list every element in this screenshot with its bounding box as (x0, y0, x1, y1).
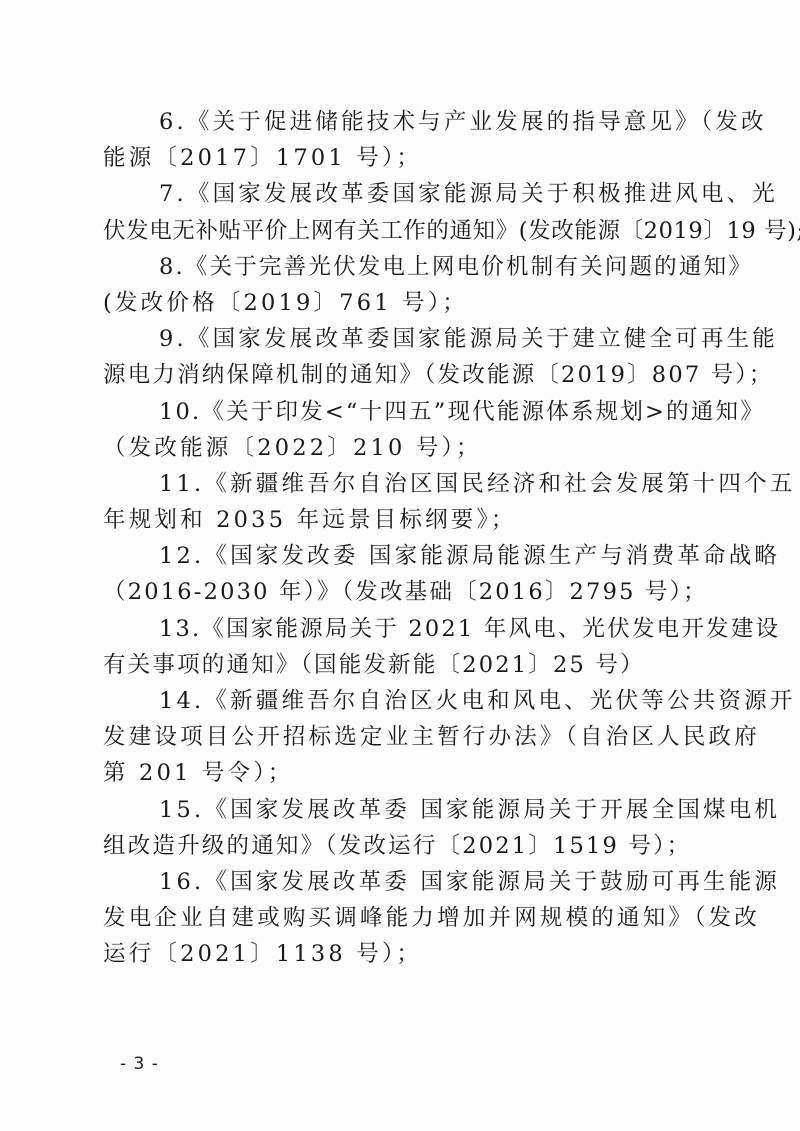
list-item-line: 6.《关于促进储能技术与产业发展的指导意见》（发改 (103, 104, 683, 140)
list-item-line: 14.《新疆维吾尔自治区火电和风电、光伏等公共资源开 (103, 683, 683, 719)
list-item-line: 7.《国家发展改革委国家能源局关于积极推进风电、光 (103, 176, 683, 212)
list-item-16: 16.《国家发展改革委 国家能源局关于鼓励可再生能源 发电企业自建或购买调峰能力… (103, 864, 683, 973)
page-number: - 3 - (120, 1054, 159, 1074)
list-item-9: 9.《国家发展改革委国家能源局关于建立健全可再生能 源电力消纳保障机制的通知》（… (103, 321, 683, 393)
list-item-line: 10.《关于印发<“十四五”现代能源体系规划>的通知》 (103, 394, 683, 430)
list-item-11: 11.《新疆维吾尔自治区国民经济和社会发展第十四个五 年规划和 2035 年远景… (103, 466, 683, 538)
list-item-8: 8.《关于完善光伏发电上网电价机制有关问题的通知》 (发改价格〔2019〕761… (103, 249, 683, 321)
list-item-10: 10.《关于印发<“十四五”现代能源体系规划>的通知》 （发改能源〔2022〕2… (103, 394, 683, 466)
list-item-line: 11.《新疆维吾尔自治区国民经济和社会发展第十四个五 (103, 466, 683, 502)
list-item-line: 8.《关于完善光伏发电上网电价机制有关问题的通知》 (103, 249, 683, 285)
list-item-6: 6.《关于促进储能技术与产业发展的指导意见》（发改 能源〔2017〕1701 号… (103, 104, 683, 176)
list-item-line: 9.《国家发展改革委国家能源局关于建立健全可再生能 (103, 321, 683, 357)
list-item-line: 15.《国家发展改革委 国家能源局关于开展全国煤电机 (103, 792, 683, 828)
list-item-line: 发建设项目公开招标选定业主暂行办法》（自治区人民政府 (103, 719, 683, 755)
list-item-14: 14.《新疆维吾尔自治区火电和风电、光伏等公共资源开 发建设项目公开招标选定业主… (103, 683, 683, 792)
list-item-15: 15.《国家发展改革委 国家能源局关于开展全国煤电机 组改造升级的通知》（发改运… (103, 792, 683, 864)
list-item-line: 12.《国家发改委 国家能源局能源生产与消费革命战略 (103, 538, 683, 574)
list-item-line: （2016-2030 年）》（发改基础〔2016〕2795 号）； (103, 574, 683, 610)
list-item-line: 有关事项的通知》（国能发新能〔2021〕25 号） (103, 647, 683, 683)
list-item-line: 13.《国家能源局关于 2021 年风电、光伏发电开发建设 (103, 611, 683, 647)
list-item-line: 运行〔2021〕1138 号）； (103, 936, 683, 972)
list-item-13: 13.《国家能源局关于 2021 年风电、光伏发电开发建设 有关事项的通知》（国… (103, 611, 683, 683)
list-item-12: 12.《国家发改委 国家能源局能源生产与消费革命战略 （2016-2030 年）… (103, 538, 683, 610)
list-item-line: 16.《国家发展改革委 国家能源局关于鼓励可再生能源 (103, 864, 683, 900)
list-item-line: （发改能源〔2022〕210 号）； (103, 430, 683, 466)
list-item-line: 源电力消纳保障机制的通知》（发改能源〔2019〕807 号）； (103, 357, 683, 393)
reference-list: 6.《关于促进储能技术与产业发展的指导意见》（发改 能源〔2017〕1701 号… (103, 104, 683, 973)
list-item-line: 组改造升级的通知》（发改运行〔2021〕1519 号）； (103, 828, 683, 864)
list-item-line: 发电企业自建或购买调峰能力增加并网规模的通知》（发改 (103, 900, 683, 936)
document-page: 6.《关于促进储能技术与产业发展的指导意见》（发改 能源〔2017〕1701 号… (0, 0, 800, 1131)
list-item-line: 第 201 号令）； (103, 755, 683, 791)
list-item-7: 7.《国家发展改革委国家能源局关于积极推进风电、光 伏发电无补贴平价上网有关工作… (103, 176, 683, 248)
list-item-line: (发改价格〔2019〕761 号）； (103, 285, 683, 321)
list-item-line: 年规划和 2035 年远景目标纲要》； (103, 502, 683, 538)
list-item-line: 伏发电无补贴平价上网有关工作的通知》(发改能源〔2019〕19 号); (103, 213, 683, 249)
list-item-line: 能源〔2017〕1701 号）； (103, 140, 683, 176)
